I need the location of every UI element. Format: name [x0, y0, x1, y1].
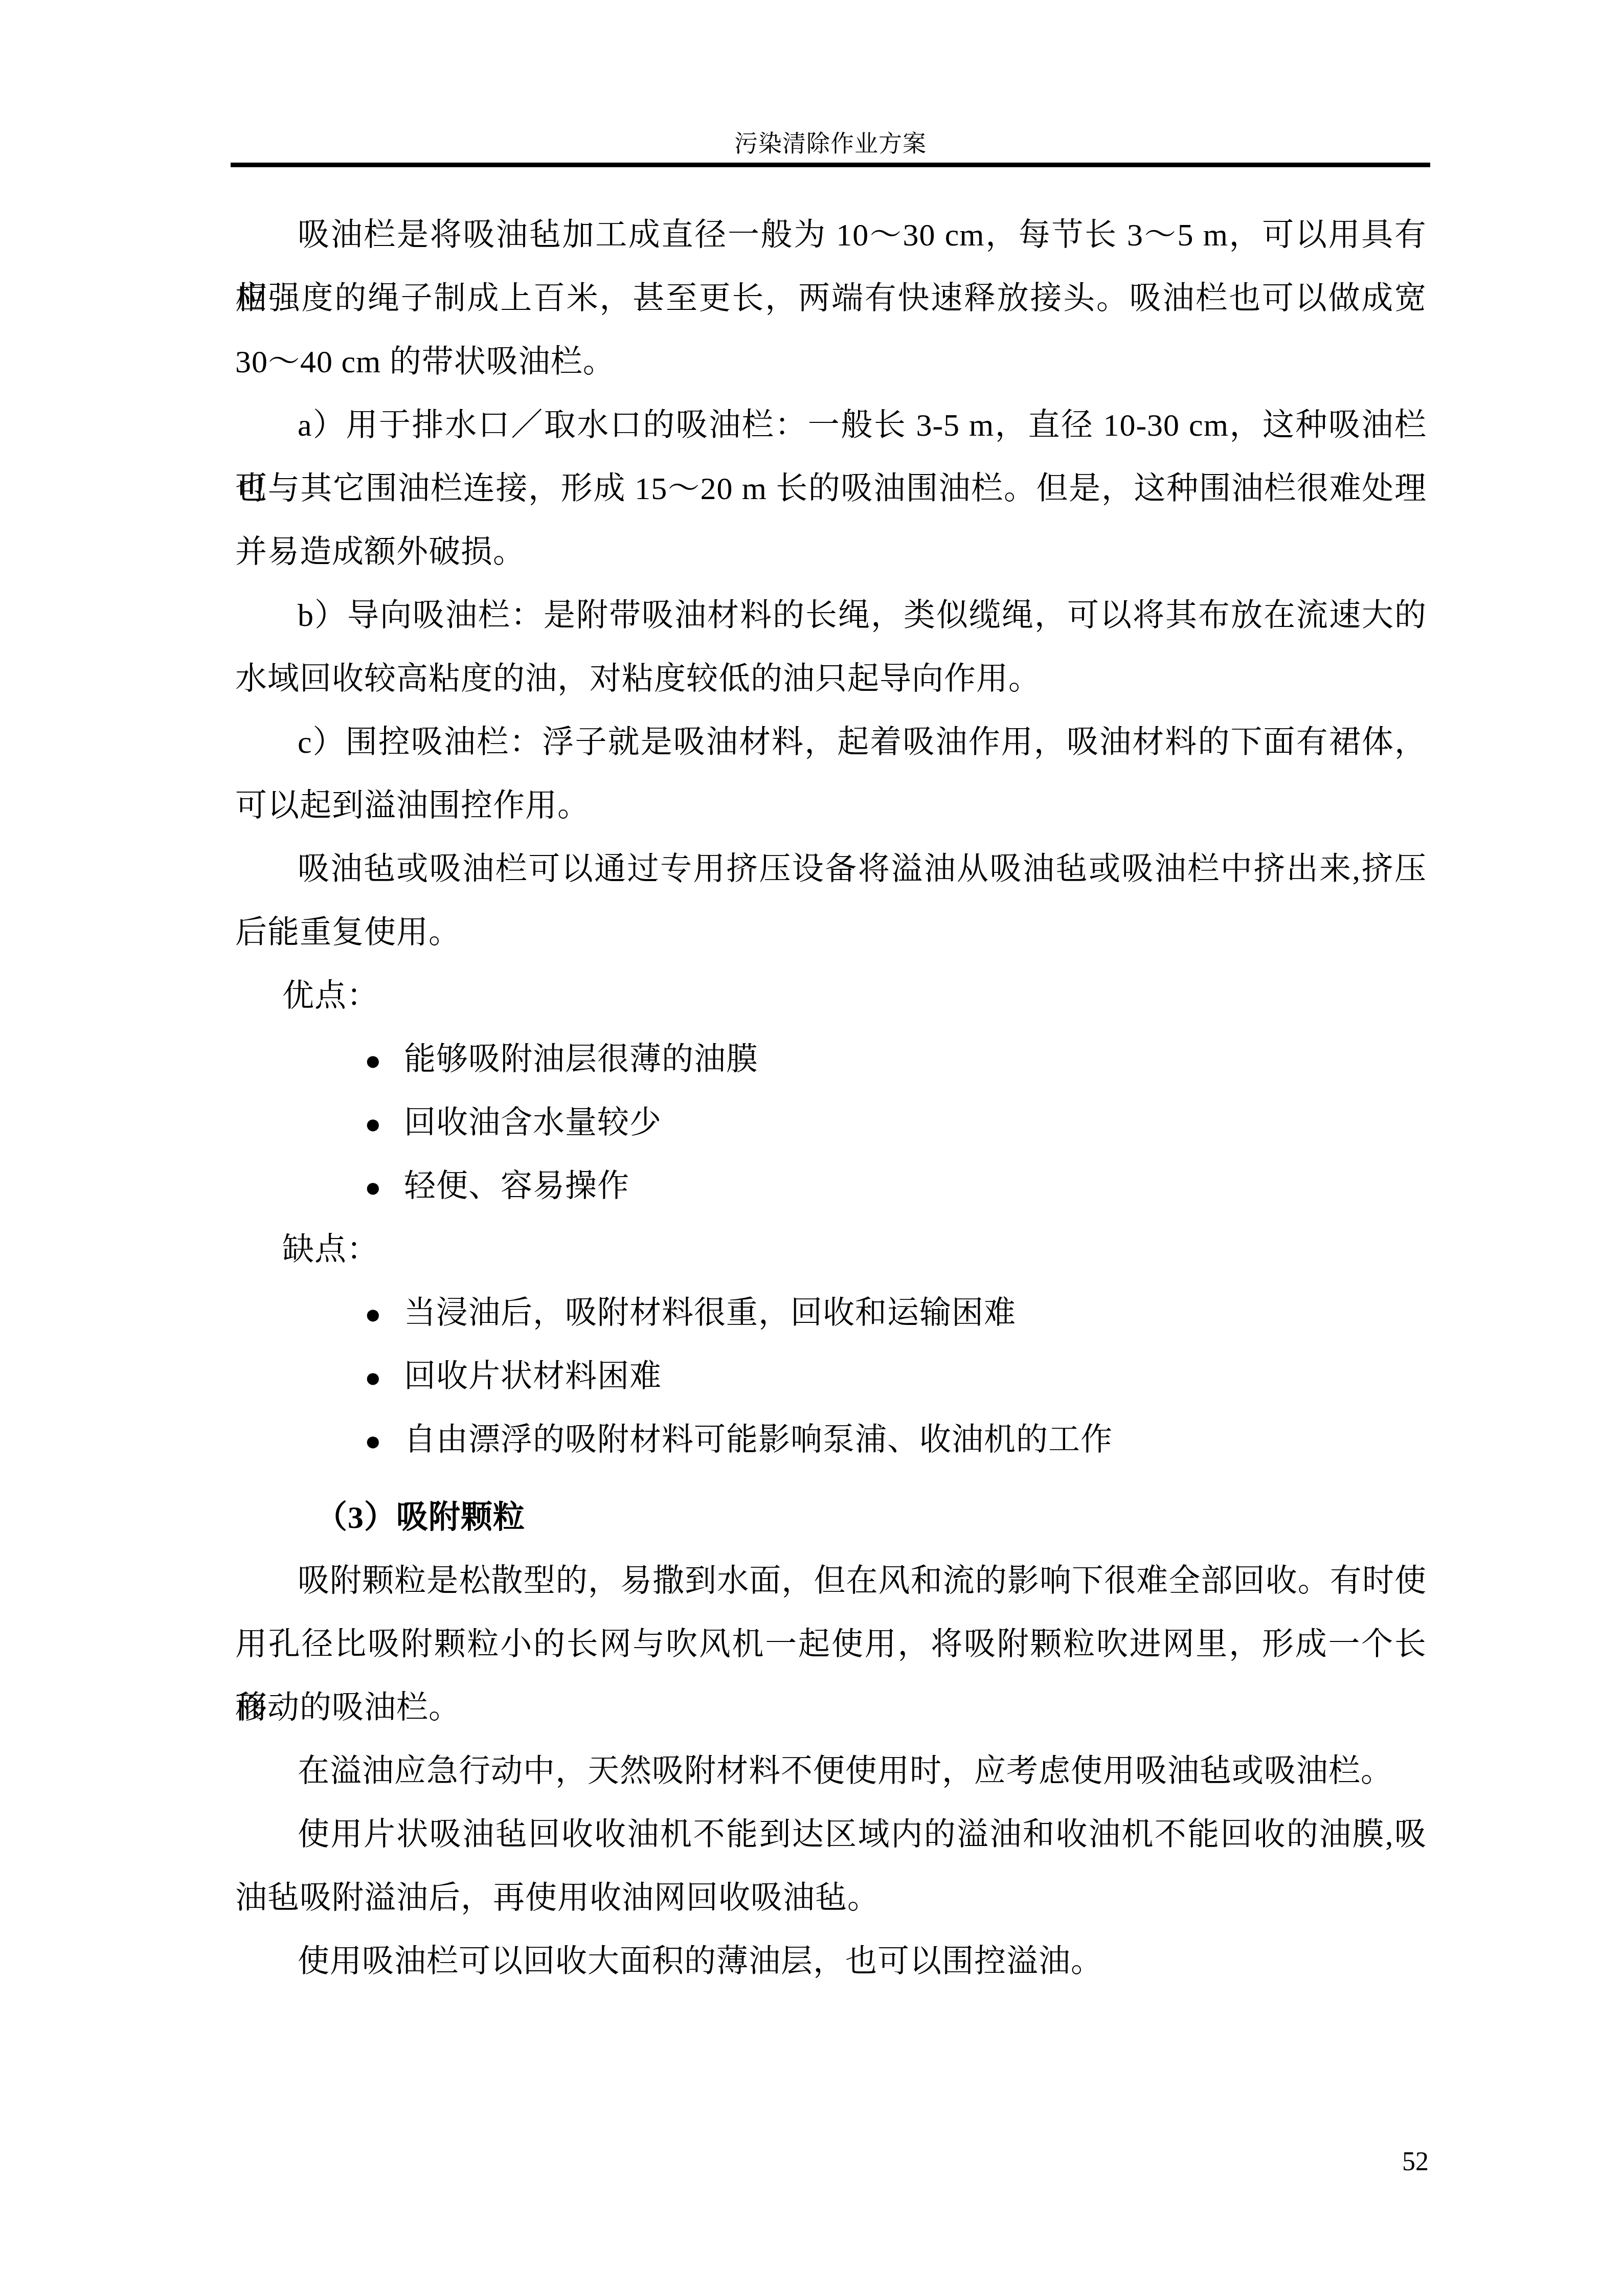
bullet-text: 自由漂浮的吸附材料可能影响泵浦、收油机的工作: [404, 1423, 1113, 1457]
list-label: 缺点：: [235, 1218, 1427, 1281]
bullet-icon: ●: [365, 1282, 404, 1346]
bullet-item: ●当浸油后，吸附材料很重，回收和运输困难: [235, 1281, 1427, 1345]
paragraph-line: 移动的吸油栏。: [235, 1676, 1427, 1740]
document-page: 污染清除作业方案 吸油栏是将吸油毡加工成直径一般为 10～30 cm，每节长 3…: [0, 0, 1623, 2296]
paragraph-line: 吸油栏是将吸油毡加工成直径一般为 10～30 cm，每节长 3～5 m，可以用具…: [235, 204, 1427, 267]
bullet-icon: ●: [365, 1092, 404, 1156]
document-body: 吸油栏是将吸油毡加工成直径一般为 10～30 cm，每节长 3～5 m，可以用具…: [235, 204, 1427, 1993]
paragraph-line: 可与其它围油栏连接，形成 15～20 m 长的吸油围油栏。但是，这种围油栏很难处…: [235, 457, 1427, 521]
bullet-item: ●回收油含水量较少: [235, 1091, 1427, 1155]
page-header-title: 污染清除作业方案: [231, 129, 1430, 159]
bullet-icon: ●: [365, 1346, 404, 1409]
paragraph-line: 应强度的绳子制成上百米，甚至更长，两端有快速释放接头。吸油栏也可以做成宽: [235, 267, 1427, 330]
paragraph-line: a）用于排水口／取水口的吸油栏：一般长 3-5 m，直径 10-30 cm，这种…: [235, 394, 1427, 457]
paragraph-line: c）围控吸油栏：浮子就是吸油材料，起着吸油作用，吸油材料的下面有裙体，: [235, 711, 1427, 774]
bullet-item: ●轻便、容易操作: [235, 1155, 1427, 1218]
bullet-text: 回收油含水量较少: [404, 1106, 662, 1140]
bullet-item: ●自由漂浮的吸附材料可能影响泵浦、收油机的工作: [235, 1408, 1427, 1472]
bullet-item: ●能够吸附油层很薄的油膜: [235, 1028, 1427, 1091]
paragraph-line: 30～40 cm 的带状吸油栏。: [235, 330, 1427, 394]
paragraph-line: 可以起到溢油围控作用。: [235, 774, 1427, 838]
paragraph-line: 油毡吸附溢油后，再使用收油网回收吸油毡。: [235, 1866, 1427, 1930]
bullet-text: 回收片状材料困难: [404, 1359, 662, 1394]
bullet-icon: ●: [365, 1029, 404, 1092]
section-heading: （3）吸附颗粒: [235, 1486, 1427, 1549]
bullet-text: 能够吸附油层很薄的油膜: [404, 1042, 758, 1077]
header-rule: [231, 163, 1430, 167]
paragraph-line: 吸油毡或吸油栏可以通过专用挤压设备将溢油从吸油毡或吸油栏中挤出来,挤压: [235, 838, 1427, 901]
bullet-icon: ●: [365, 1409, 404, 1473]
paragraph-line: 用孔径比吸附颗粒小的长网与吹风机一起使用，将吸附颗粒吹进网里，形成一个长而: [235, 1613, 1427, 1676]
paragraph-line: b）导向吸油栏：是附带吸油材料的长绳，类似缆绳，可以将其布放在流速大的: [235, 584, 1427, 647]
bullet-text: 轻便、容易操作: [404, 1169, 629, 1204]
bullet-text: 当浸油后，吸附材料很重，回收和运输困难: [404, 1296, 1016, 1331]
paragraph-line: 水域回收较高粘度的油，对粘度较低的油只起导向作用。: [235, 647, 1427, 711]
paragraph-line: 在溢油应急行动中，天然吸附材料不便使用时，应考虑使用吸油毡或吸油栏。: [235, 1740, 1427, 1803]
page-number: 52: [1402, 2147, 1429, 2177]
paragraph-line: 吸附颗粒是松散型的，易撒到水面，但在风和流的影响下很难全部回收。有时使: [235, 1549, 1427, 1613]
list-label: 优点：: [235, 964, 1427, 1028]
paragraph-line: 并易造成额外破损。: [235, 521, 1427, 584]
bullet-icon: ●: [365, 1156, 404, 1219]
paragraph-line: 使用片状吸油毡回收收油机不能到达区域内的溢油和收油机不能回收的油膜,吸: [235, 1803, 1427, 1866]
paragraph-line: 使用吸油栏可以回收大面积的薄油层，也可以围控溢油。: [235, 1930, 1427, 1993]
bullet-item: ●回收片状材料困难: [235, 1345, 1427, 1408]
paragraph-line: 后能重复使用。: [235, 901, 1427, 964]
